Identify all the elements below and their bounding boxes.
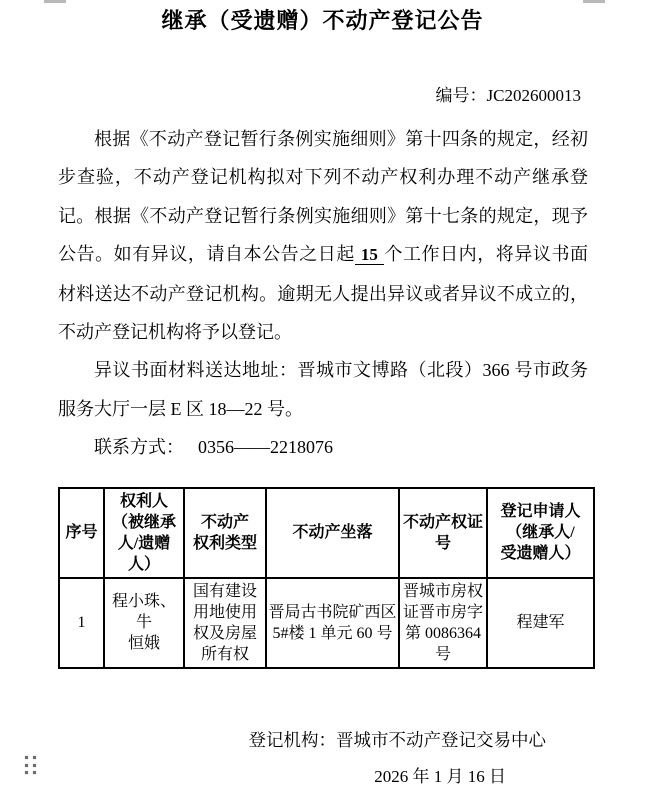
header-right-holder: 权利人 （被继承 人/遗赠 人） (104, 488, 184, 578)
cell-certificate-no: 晋城市房权 证晋市房字 第 0086364 号 (399, 578, 487, 668)
paragraph-contact: 联系方式：0356——2218076 (58, 428, 588, 466)
contact-phone-value: 0356——2218076 (198, 437, 333, 457)
header-right-type: 不动产 权利类型 (184, 488, 266, 578)
table-header-row: 序号 权利人 （被继承 人/遗赠 人） 不动产 权利类型 不动产坐落 不动产权证… (59, 488, 594, 578)
cell-right-type: 国有建设 用地使用 权及房屋 所有权 (184, 578, 266, 668)
drag-handle-dot (25, 756, 28, 759)
objection-days-value: 15 (355, 245, 384, 265)
drag-handle-dot (25, 771, 28, 774)
document-number-value: JC202600013 (487, 86, 581, 105)
registration-table: 序号 权利人 （被继承 人/遗赠 人） 不动产 权利类型 不动产坐落 不动产权证… (58, 487, 595, 669)
page-title: 继承（受遗赠）不动产登记公告 (0, 0, 645, 35)
cell-seq-no: 1 (59, 578, 104, 668)
table-drag-handle-icon[interactable] (25, 756, 36, 774)
header-certificate-no: 不动产权证号 (399, 488, 487, 578)
cell-applicant: 程建军 (487, 578, 594, 668)
agency-label: 登记机构： (249, 730, 337, 750)
ruler-margin-marker-left (44, 0, 66, 3)
drag-handle-dot (33, 771, 36, 774)
agency-value: 晋城市不动产登记交易中心 (336, 730, 546, 750)
table-row: 1 程小珠、牛 恒娥 国有建设 用地使用 权及房屋 所有权 晋局古书院矿西区 5… (59, 578, 594, 668)
header-property-location: 不动产坐落 (266, 488, 399, 578)
drag-handle-dot (33, 756, 36, 759)
contact-label: 联系方式： (94, 437, 184, 457)
document-number-line: 编号：JC202600013 (0, 86, 645, 106)
paragraph-legal-basis: 根据《不动产登记暂行条例实施细则》第十四条的规定，经初步查验，不动产登记机构拟对… (58, 120, 588, 351)
cell-right-holder: 程小珠、牛 恒娥 (104, 578, 184, 668)
header-applicant: 登记申请人 （继承人/ 受遗赠人） (487, 488, 594, 578)
notice-date: 2026 年 1 月 16 日 (0, 767, 645, 787)
notice-body: 根据《不动产登记暂行条例实施细则》第十四条的规定，经初步查验，不动产登记机构拟对… (58, 120, 588, 467)
ruler-margin-marker-right (583, 0, 605, 3)
document-number-label: 编号： (436, 86, 487, 105)
drag-handle-dot (33, 764, 36, 767)
paragraph-delivery-address: 异议书面材料送达地址：晋城市文博路（北段）366 号市政务服务大厅一层 E 区 … (58, 351, 588, 428)
registration-agency-line: 登记机构：晋城市不动产登记交易中心 (0, 729, 645, 751)
header-seq-no: 序号 (59, 488, 104, 578)
drag-handle-dot (25, 764, 28, 767)
cell-property-location: 晋局古书院矿西区 5#楼 1 单元 60 号 (266, 578, 399, 668)
